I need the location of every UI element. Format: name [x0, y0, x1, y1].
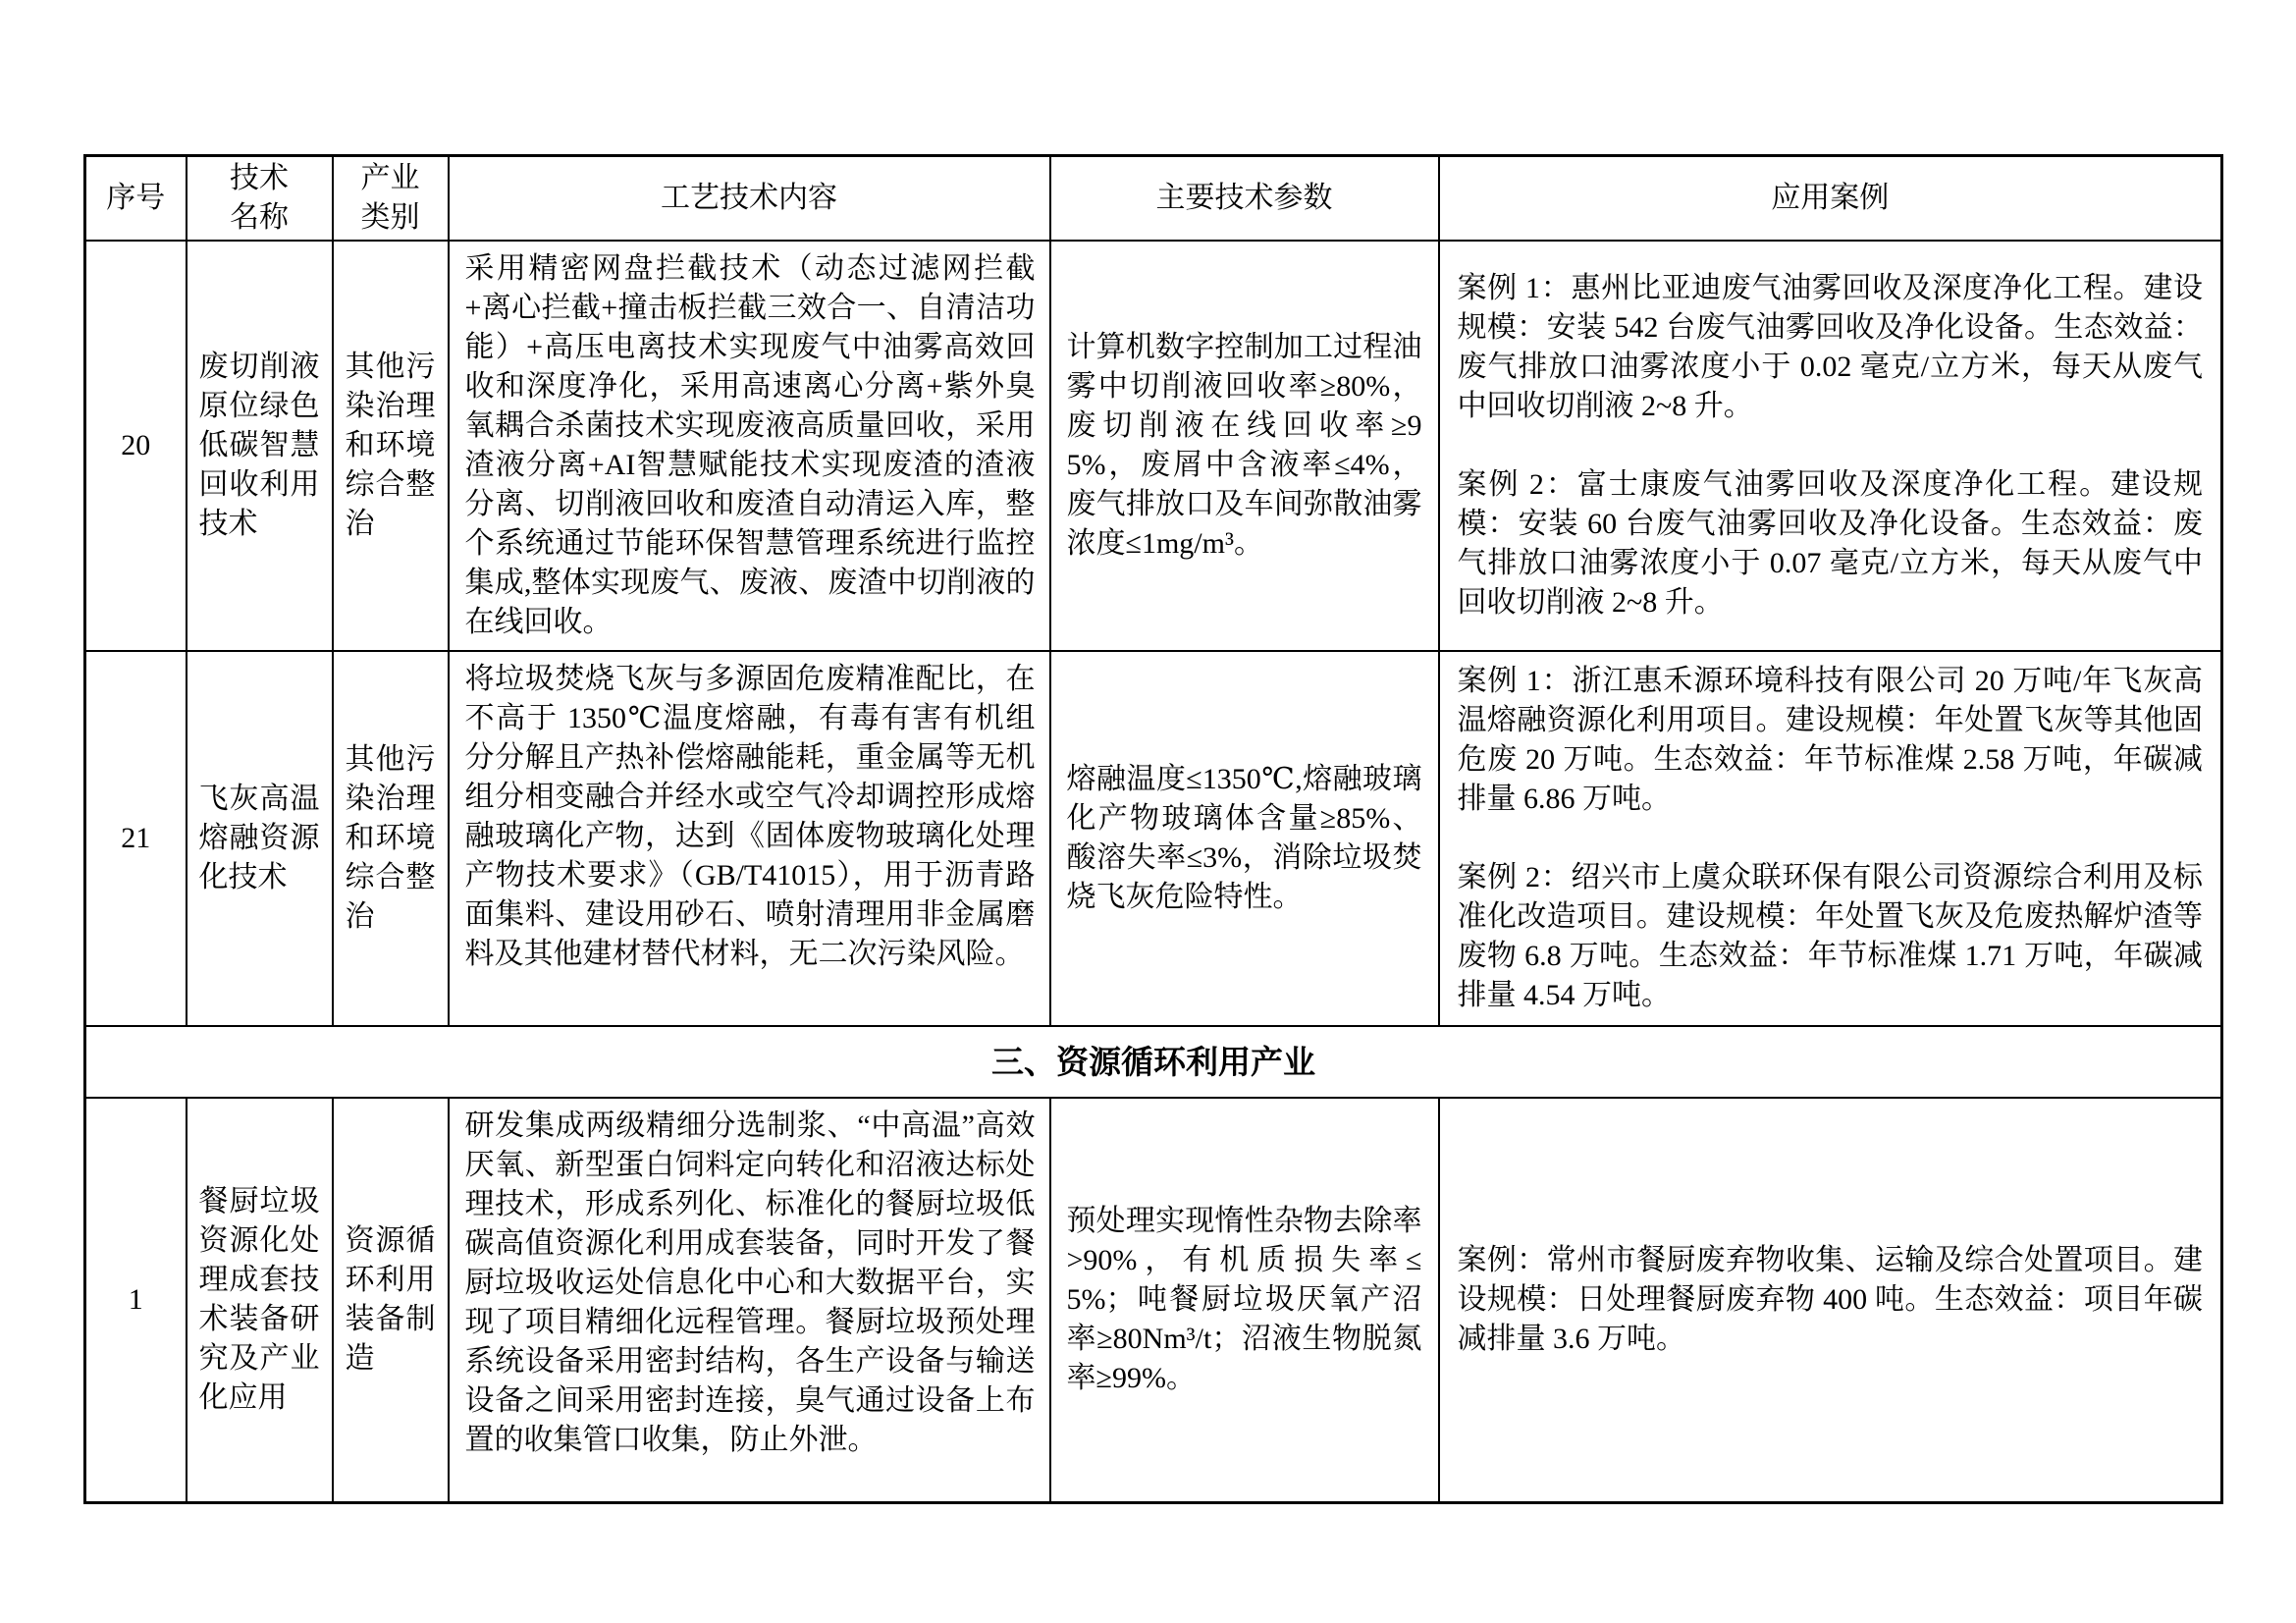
header-application-cases: 应用案例: [1439, 156, 2222, 242]
case-paragraph: 案例：常州市餐厨废弃物收集、运输及综合处置项目。建设规模：日处理餐厨废弃物 40…: [1458, 1241, 2204, 1359]
tech-name: 餐厨垃圾资源化处理成套技术装备研究及产业化应用: [187, 1098, 333, 1502]
header-tech-params: 主要技术参数: [1050, 156, 1439, 242]
tech-params: 熔融温度≤1350℃,熔融玻璃化产物玻璃体含量≥85%、酸溶失率≤3%，消除垃圾…: [1050, 651, 1439, 1026]
tech-params: 预处理实现惰性杂物去除率>90%，有机质损失率≤5%；吨餐厨垃圾厌氧产沼率≥80…: [1050, 1098, 1439, 1502]
case-paragraph: 案例 2：绍兴市上虞众联环保有限公司资源综合利用及标准化改造项目。建设规模：年处…: [1458, 858, 2204, 1015]
row-number: 21: [85, 651, 187, 1026]
row-number: 20: [85, 241, 187, 651]
process-content: 研发集成两级精细分选制浆、“中高温”高效厌氧、新型蛋白饲料定向转化和沼液达标处理…: [449, 1098, 1050, 1502]
case-paragraph: 案例 1：惠州比亚迪废气油雾回收及深度净化工程。建设规模：安装 542 台废气油…: [1458, 269, 2204, 426]
table-header-row: 序号 技术 名称 产业 类别 工艺技术内容 主要技术参数 应用案例: [85, 156, 2222, 242]
process-content: 采用精密网盘拦截技术（动态过滤网拦截+离心拦截+撞击板拦截三效合一、自清洁功能）…: [449, 241, 1050, 651]
tech-name: 废切削液原位绿色低碳智慧回收利用技术: [187, 241, 333, 651]
application-cases: 案例 1：浙江惠禾源环境科技有限公司 20 万吨/年飞灰高温熔融资源化利用项目。…: [1439, 651, 2222, 1026]
tech-params: 计算机数字控制加工过程油雾中切削液回收率≥80%，废切削液在线回收率≥95%，废…: [1050, 241, 1439, 651]
row-number: 1: [85, 1098, 187, 1502]
industry-category: 其他污染治理和环境综合整治: [333, 241, 449, 651]
application-cases: 案例：常州市餐厨废弃物收集、运输及综合处置项目。建设规模：日处理餐厨废弃物 40…: [1439, 1098, 2222, 1502]
header-industry-category: 产业 类别: [333, 156, 449, 242]
case-paragraph: 案例 1：浙江惠禾源环境科技有限公司 20 万吨/年飞灰高温熔融资源化利用项目。…: [1458, 662, 2204, 819]
tech-name: 飞灰高温熔融资源化技术: [187, 651, 333, 1026]
industry-category: 其他污染治理和环境综合整治: [333, 651, 449, 1026]
table-row: 21 飞灰高温熔融资源化技术 其他污染治理和环境综合整治 将垃圾焚烧飞灰与多源固…: [85, 651, 2222, 1026]
header-process-content: 工艺技术内容: [449, 156, 1050, 242]
application-cases: 案例 1：惠州比亚迪废气油雾回收及深度净化工程。建设规模：安装 542 台废气油…: [1439, 241, 2222, 651]
table-row: 1 餐厨垃圾资源化处理成套技术装备研究及产业化应用 资源循环利用装备制造 研发集…: [85, 1098, 2222, 1502]
header-serial-number: 序号: [85, 156, 187, 242]
technology-catalog-table: 序号 技术 名称 产业 类别 工艺技术内容 主要技术参数 应用案例 20 废切削…: [83, 154, 2223, 1504]
section-header: 三、资源循环利用产业: [85, 1026, 2222, 1098]
table-row: 20 废切削液原位绿色低碳智慧回收利用技术 其他污染治理和环境综合整治 采用精密…: [85, 241, 2222, 651]
header-tech-name: 技术 名称: [187, 156, 333, 242]
case-paragraph: 案例 2：富士康废气油雾回收及深度净化工程。建设规模：安装 60 台废气油雾回收…: [1458, 465, 2204, 622]
section-header-row: 三、资源循环利用产业: [85, 1026, 2222, 1098]
industry-category: 资源循环利用装备制造: [333, 1098, 449, 1502]
process-content: 将垃圾焚烧飞灰与多源固危废精准配比，在不高于 1350℃温度熔融，有毒有害有机组…: [449, 651, 1050, 1026]
